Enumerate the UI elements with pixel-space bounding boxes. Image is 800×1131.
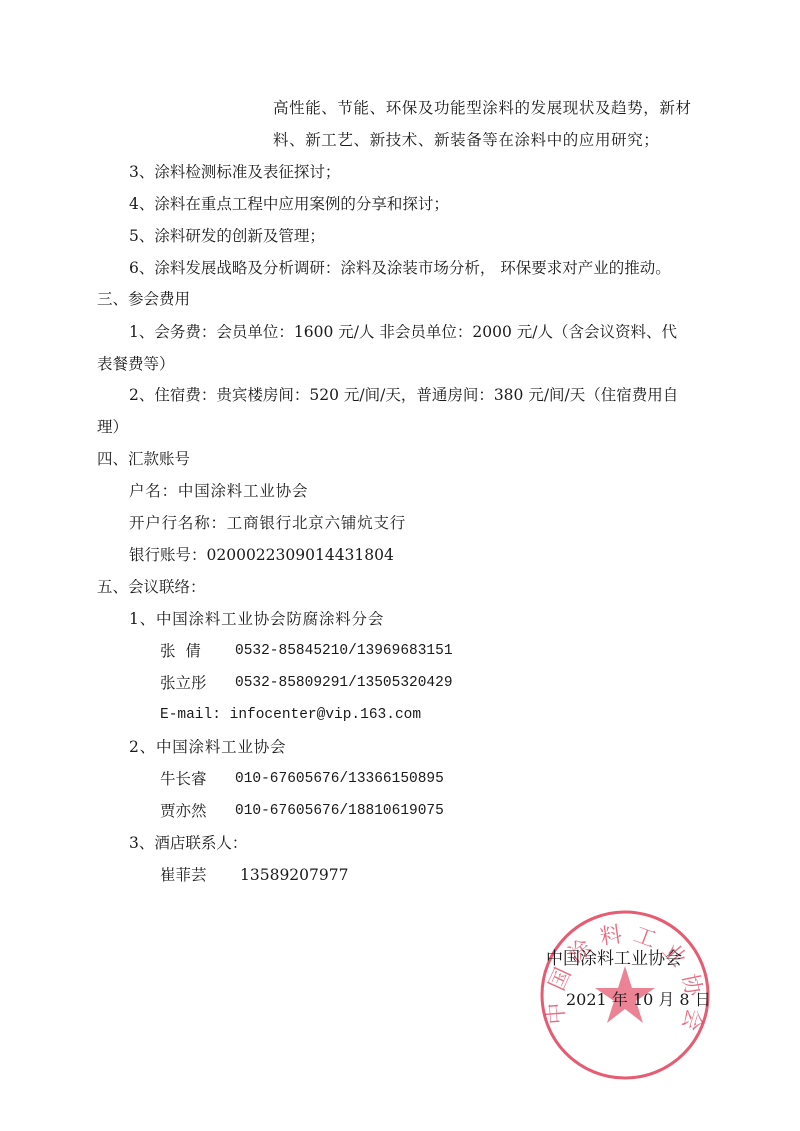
item2-continuation-line1: 高性能、节能、环保及功能型涂料的发展现状及趋势，新材 [273,98,692,118]
contact-phone: 0532-85845210/13969683151 [235,641,453,661]
contact-name: 牛长睿 [160,769,207,789]
fee-lodging-line2: 理） [97,417,128,437]
topic-item-5: 5、涂料研发的创新及管理； [129,226,325,246]
signature-date: 2021 年 10 月 8 日 [566,990,711,1010]
contact-phone: 010-67605676/13366150895 [235,769,444,789]
contact-group-2-title: 2、中国涂料工业协会 [129,737,286,757]
fee-lodging-line1: 2、住宿费：贵宾楼房间：520 元/间/天，普通房间：380 元/间/天（住宿费… [129,385,678,405]
contact-name: 张立彤 [160,673,207,693]
topic-item-3: 3、涂料检测标准及表征探讨； [129,162,340,182]
contact-phone: 13589207977 [240,865,348,885]
contact-email: E-mail: infocenter@vip.163.com [160,705,421,725]
item2-continuation-line2: 料、新工艺、新技术、新装备等在涂料中的应用研究； [273,130,659,150]
contact-name: 张 倩 [160,641,201,661]
signature-organization: 中国涂料工业协会 [546,949,682,969]
contact-name: 贾亦然 [160,801,207,821]
account-number: 银行账号：0200022309014431804 [129,545,394,565]
bank-name: 开户行名称：工商银行北京六铺炕支行 [129,513,406,533]
section-heading-remittance: 四、汇款账号 [97,449,190,469]
account-name: 户名：中国涂料工业协会 [129,481,308,501]
topic-item-4: 4、涂料在重点工程中应用案例的分享和探讨； [129,194,449,214]
fee-conference-line2: 表餐费等） [97,354,175,374]
contact-phone: 010-67605676/18810619075 [235,801,444,821]
fee-conference-line1: 1、会务费：会员单位：1600 元/人 非会员单位：2000 元/人（含会议资料… [129,322,677,342]
contact-group-3-title: 3、酒店联系人： [129,833,247,853]
contact-phone: 0532-85809291/13505320429 [235,673,453,693]
topic-item-6: 6、涂料发展战略及分析调研：涂料及涂装市场分析， 环保要求对产业的推动。 [129,258,671,278]
section-heading-contacts: 五、会议联络： [97,577,206,597]
contact-group-1-title: 1、中国涂料工业协会防腐涂料分会 [129,609,384,629]
contact-name: 崔菲芸 [160,865,207,885]
section-heading-fees: 三、参会费用 [97,289,190,309]
